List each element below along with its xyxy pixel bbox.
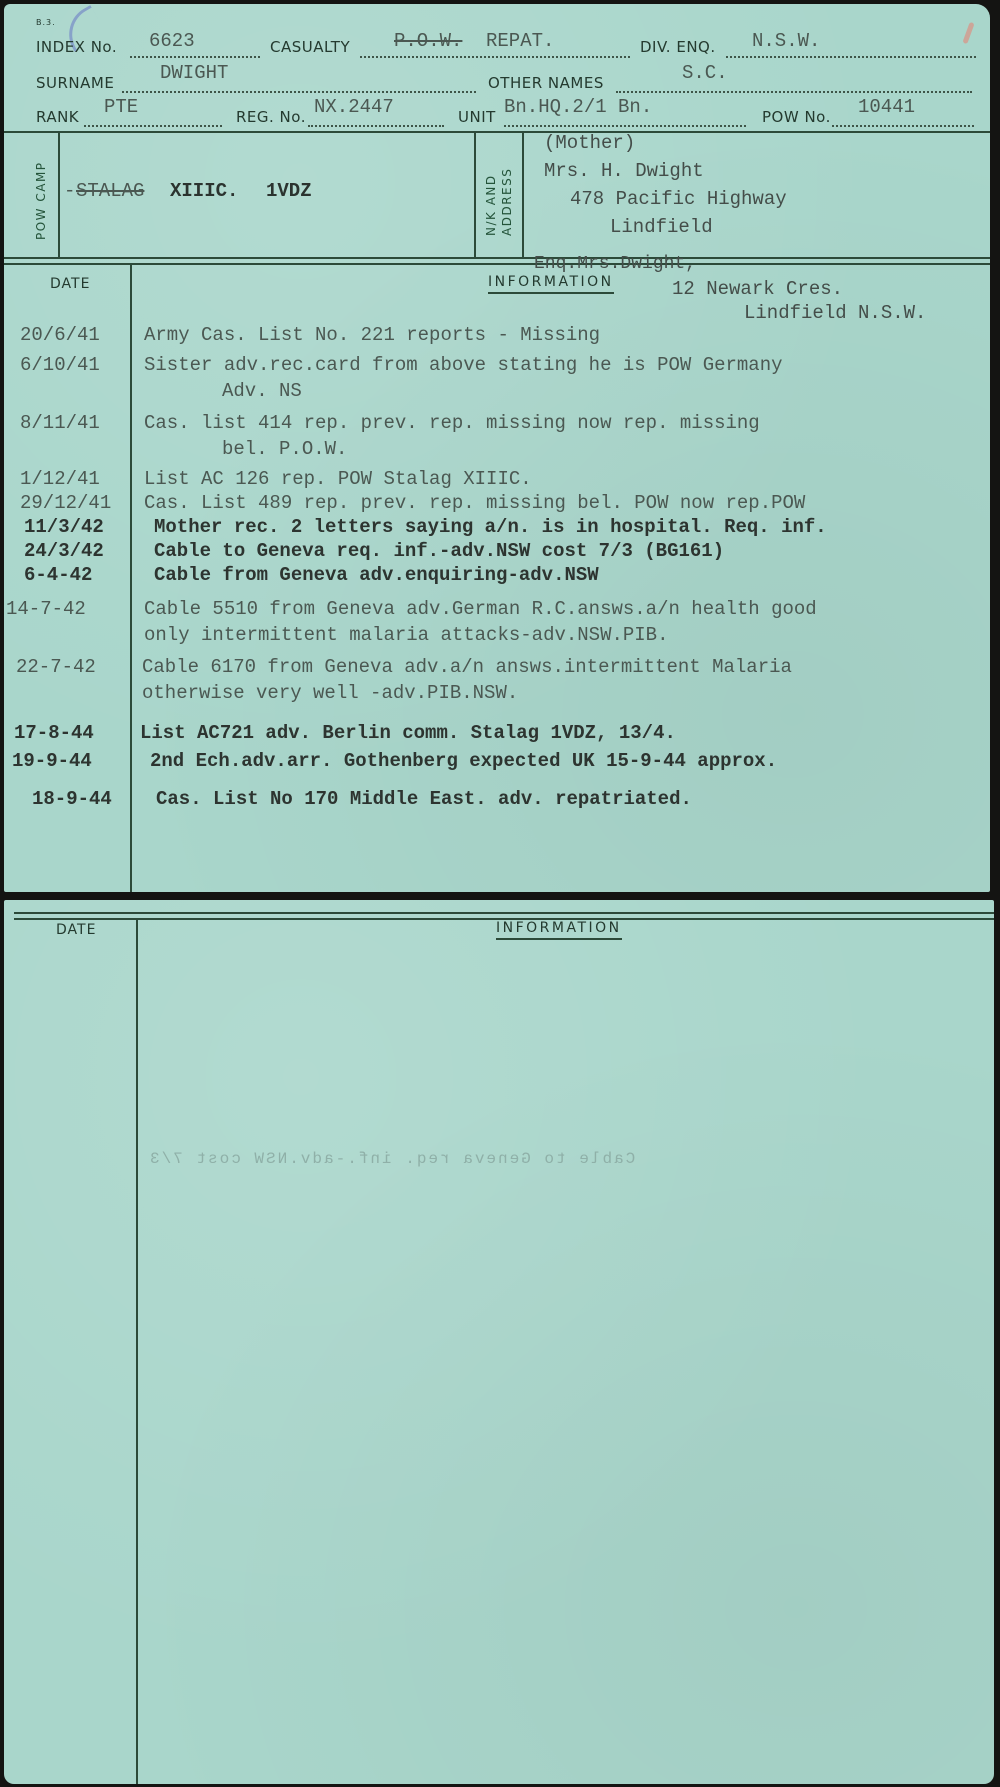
entry-date: 11/3/42 [24, 516, 104, 538]
casualty-label: CASUALTY [270, 38, 350, 56]
nok-relation: (Mother) [544, 132, 635, 154]
entry-text: only intermittent malaria attacks-adv.NS… [144, 624, 669, 646]
dotted-line [360, 56, 630, 58]
entry-date: 22-7-42 [16, 656, 96, 678]
entry-text: List AC 126 rep. POW Stalag XIIIC. [144, 468, 532, 490]
pow-camp-dash: - [64, 180, 75, 202]
entry-text: Sister adv.rec.card from above stating h… [144, 354, 783, 376]
other-names-value: S.C. [682, 62, 728, 84]
pow-camp-label: POW CAMP [34, 161, 48, 240]
address-label: ADDRESS [500, 168, 514, 236]
enquirer-line-1: Enq.Mrs.Dwight, [534, 254, 696, 274]
nok-suburb: Lindfield [610, 216, 713, 238]
rank-value: PTE [104, 96, 138, 118]
dotted-line [832, 125, 974, 127]
index-no-value: 6623 [149, 30, 195, 52]
index-card-back: DATE INFORMATION [4, 900, 994, 1784]
surname-label: SURNAME [36, 74, 114, 92]
entry-text: Mother rec. 2 letters saying a/n. is in … [154, 516, 827, 538]
form-code: B.3. [36, 18, 56, 27]
entry-text: Adv. NS [222, 380, 302, 402]
date-column-header: DATE [56, 922, 96, 938]
entry-text: bel. P.O.W. [222, 438, 347, 460]
pow-no-value: 10441 [858, 96, 915, 118]
entry-date: 14-7-42 [6, 598, 86, 620]
entry-text: Army Cas. List No. 221 reports - Missing [144, 324, 600, 346]
dotted-line [130, 56, 260, 58]
casualty-value: REPAT. [486, 30, 554, 52]
double-rule-bottom [4, 263, 990, 265]
entry-text: 2nd Ech.adv.arr. Gothenberg expected UK … [150, 750, 777, 772]
dotted-line [308, 125, 444, 127]
divider [58, 131, 60, 257]
faint-offset-text: Cable to Geneva req. inf.-adv.NSW cost 7… [148, 1150, 635, 1168]
information-column-header: INFORMATION [488, 274, 614, 294]
entry-date: 29/12/41 [20, 492, 111, 514]
entry-text: Cable 6170 from Geneva adv.a/n answs.int… [142, 656, 792, 678]
reg-no-label: REG. No. [236, 108, 306, 126]
entry-text: Cable to Geneva req. inf.-adv.NSW cost 7… [154, 540, 724, 562]
pow-camp-value-2: 1VDZ [266, 180, 312, 202]
index-no-label: INDEX No. [36, 38, 117, 56]
unit-label: UNIT [458, 108, 496, 126]
date-column-divider [136, 920, 138, 1784]
entry-date: 8/11/41 [20, 412, 100, 434]
entry-text: Cas. List No 170 Middle East. adv. repat… [156, 788, 692, 810]
red-pencil-mark [962, 22, 974, 44]
date-column-header: DATE [50, 276, 90, 292]
nk-and-label: N/K AND [484, 174, 498, 236]
nok-name: Mrs. H. Dwight [544, 160, 704, 182]
entry-text: Cable from Geneva adv.enquiring-adv.NSW [154, 564, 599, 586]
reg-no-value: NX.2447 [314, 96, 394, 118]
entry-date: 18-9-44 [32, 788, 112, 810]
entry-text: List AC721 adv. Berlin comm. Stalag 1VDZ… [140, 722, 676, 744]
dotted-line [726, 56, 976, 58]
information-column-header: INFORMATION [496, 920, 622, 940]
double-rule-top [4, 257, 990, 259]
enquirer-line-2: 12 Newark Cres. [672, 278, 843, 300]
double-rule-top [14, 912, 994, 914]
entry-date: 1/12/41 [20, 468, 100, 490]
nok-street: 478 Pacific Highway [570, 188, 787, 210]
index-card-front: B.3. INDEX No. 6623 CASUALTY P.O.W. REPA… [4, 4, 990, 892]
unit-value: Bn.HQ.2/1 Bn. [504, 96, 652, 118]
divider [4, 131, 990, 133]
other-names-label: OTHER NAMES [488, 74, 604, 92]
entry-date: 20/6/41 [20, 324, 100, 346]
dotted-line [84, 125, 222, 127]
div-enq-label: DIV. ENQ. [640, 38, 716, 56]
entry-date: 19-9-44 [12, 750, 92, 772]
surname-value: DWIGHT [160, 62, 228, 84]
div-enq-value: N.S.W. [752, 30, 820, 52]
entry-text: Cas. list 414 rep. prev. rep. missing no… [144, 412, 760, 434]
entry-text: otherwise very well -adv.PIB.NSW. [142, 682, 518, 704]
entry-date: 6/10/41 [20, 354, 100, 376]
entry-text: Cas. List 489 rep. prev. rep. missing be… [144, 492, 805, 514]
casualty-struck-value: P.O.W. [394, 30, 462, 52]
enquirer-line-3: Lindfield N.S.W. [744, 302, 926, 324]
divider [522, 131, 524, 257]
pow-no-label: POW No. [762, 108, 831, 126]
entry-text: Cable 5510 from Geneva adv.German R.C.an… [144, 598, 817, 620]
rank-label: RANK [36, 108, 79, 126]
dotted-line [122, 91, 476, 93]
divider [474, 131, 476, 257]
pow-camp-struck-value: STALAG [76, 180, 144, 202]
entry-date: 24/3/42 [24, 540, 104, 562]
entry-date: 17-8-44 [14, 722, 94, 744]
pow-camp-value-1: XIIIC. [170, 180, 238, 202]
date-column-divider [130, 265, 132, 892]
entry-date: 6-4-42 [24, 564, 92, 586]
dotted-line [616, 91, 972, 93]
dotted-line [504, 125, 746, 127]
